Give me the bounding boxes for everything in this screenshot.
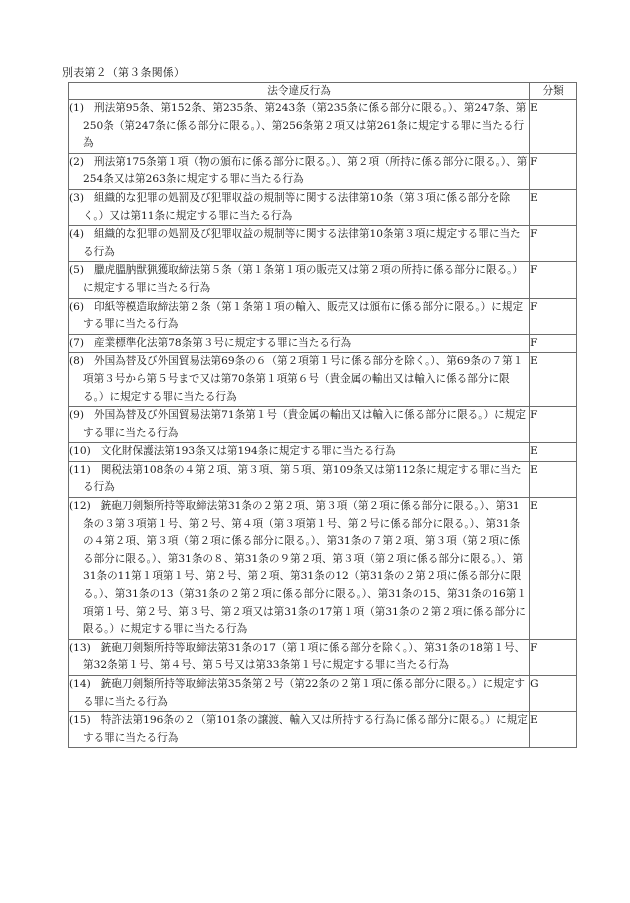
classification-cell: E [530, 712, 577, 748]
act-description: 外国為替及び外国貿易法第69条の６（第２項第１号に係る部分を除く。）、第69条の… [83, 355, 523, 402]
classification-cell: E [530, 461, 577, 497]
classification-cell: F [530, 407, 577, 443]
classification-cell: E [530, 189, 577, 225]
classification-cell: F [530, 334, 577, 353]
act-description: 銃砲刀剣類所持等取締法第31条の２第２項、第３項（第２項に係る部分に限る。）、第… [83, 500, 527, 635]
classification-cell: F [530, 226, 577, 262]
act-description: 銃砲刀剣類所持等取締法第35条第２号（第22条の２第１項に係る部分に限る。）に規… [83, 678, 525, 708]
act-cell: (15)特許法第196条の２（第101条の譲渡、輸入又は所持する行為に係る部分に… [69, 712, 530, 748]
act-text: (1)刑法第95条、第152条、第235条、第243条（第235条に係る部分に限… [69, 100, 529, 153]
row-number: (6) [69, 301, 84, 313]
table-row: (6)印紙等模造取締法第２条（第１条第１項の輸入、販売又は頒布に係る部分に限る。… [69, 298, 577, 334]
act-cell: (7)産業標準化法第78条第３号に規定する罪に当たる行為 [69, 334, 530, 353]
classification-cell: G [530, 676, 577, 712]
row-number: (7) [69, 337, 84, 349]
act-text: (3)組織的な犯罪の処罰及び犯罪収益の規制等に関する法律第10条（第３項に係る部… [69, 190, 529, 225]
page-title: 別表第２（第３条関係） [62, 66, 185, 80]
row-number: (2) [69, 156, 84, 168]
law-violation-table: 法令違反行為 分類 (1)刑法第95条、第152条、第235条、第243条（第2… [68, 82, 577, 748]
act-cell: (6)印紙等模造取締法第２条（第１条第１項の輸入、販売又は頒布に係る部分に限る。… [69, 298, 530, 334]
table-row: (5)臘虎膃肭獣猟獲取締法第５条（第１条第１項の販売又は第２項の所持に係る部分に… [69, 262, 577, 298]
table-row: (15)特許法第196条の２（第101条の譲渡、輸入又は所持する行為に係る部分に… [69, 712, 577, 748]
table-row: (1)刑法第95条、第152条、第235条、第243条（第235条に係る部分に限… [69, 100, 577, 154]
table-row: (10)文化財保護法第193条又は第194条に規定する罪に当たる行為E [69, 443, 577, 462]
act-cell: (8)外国為替及び外国貿易法第69条の６（第２項第１号に係る部分を除く。）、第6… [69, 353, 530, 407]
row-number: (4) [69, 228, 84, 240]
act-description: 銃砲刀剣類所持等取締法第31条の17（第１項に係る部分を除く。）、第31条の18… [83, 642, 525, 672]
row-number: (15) [69, 714, 91, 726]
classification-cell: E [530, 353, 577, 407]
classification-cell: F [530, 639, 577, 675]
act-text: (13)銃砲刀剣類所持等取締法第31条の17（第１項に係る部分を除く。）、第31… [69, 640, 529, 675]
row-number: (14) [69, 678, 91, 690]
act-description: 組織的な犯罪の処罰及び犯罪収益の規制等に関する法律第10条第３項に規定する罪に当… [83, 228, 521, 258]
act-text: (6)印紙等模造取締法第２条（第１条第１項の輸入、販売又は頒布に係る部分に限る。… [69, 299, 529, 334]
act-cell: (1)刑法第95条、第152条、第235条、第243条（第235条に係る部分に限… [69, 100, 530, 154]
act-cell: (4)組織的な犯罪の処罰及び犯罪収益の規制等に関する法律第10条第３項に規定する… [69, 226, 530, 262]
table-row: (12)銃砲刀剣類所持等取締法第31条の２第２項、第３項（第２項に係る部分に限る… [69, 498, 577, 640]
act-description: 印紙等模造取締法第２条（第１条第１項の輸入、販売又は頒布に係る部分に限る。）に規… [83, 301, 523, 331]
act-text: (12)銃砲刀剣類所持等取締法第31条の２第２項、第３項（第２項に係る部分に限る… [69, 498, 529, 639]
table-row: (3)組織的な犯罪の処罰及び犯罪収益の規制等に関する法律第10条（第３項に係る部… [69, 189, 577, 225]
act-cell: (3)組織的な犯罪の処罰及び犯罪収益の規制等に関する法律第10条（第３項に係る部… [69, 189, 530, 225]
act-text: (4)組織的な犯罪の処罰及び犯罪収益の規制等に関する法律第10条第３項に規定する… [69, 226, 529, 261]
row-number: (3) [69, 192, 84, 204]
row-number: (8) [69, 355, 84, 367]
header-classification: 分類 [530, 83, 577, 100]
act-text: (10)文化財保護法第193条又は第194条に規定する罪に当たる行為 [69, 443, 529, 461]
act-text: (7)産業標準化法第78条第３号に規定する罪に当たる行為 [69, 335, 529, 353]
act-description: 産業標準化法第78条第３号に規定する罪に当たる行為 [94, 337, 351, 349]
row-number: (5) [69, 264, 84, 276]
classification-cell: F [530, 262, 577, 298]
act-cell: (9)外国為替及び外国貿易法第71条第１号（貴金属の輸出又は輸入に係る部分に限る… [69, 407, 530, 443]
classification-cell: E [530, 498, 577, 640]
act-description: 刑法第95条、第152条、第235条、第243条（第235条に係る部分に限る。）… [83, 102, 526, 149]
act-description: 文化財保護法第193条又は第194条に規定する罪に当たる行為 [101, 445, 396, 457]
act-description: 臘虎膃肭獣猟獲取締法第５条（第１条第１項の販売又は第２項の所持に係る部分に限る。… [83, 264, 523, 294]
act-cell: (12)銃砲刀剣類所持等取締法第31条の２第２項、第３項（第２項に係る部分に限る… [69, 498, 530, 640]
table-row: (4)組織的な犯罪の処罰及び犯罪収益の規制等に関する法律第10条第３項に規定する… [69, 226, 577, 262]
table-row: (7)産業標準化法第78条第３号に規定する罪に当たる行為F [69, 334, 577, 353]
table-row: (2)刑法第175条第１項（物の頒布に係る部分に限る。）、第２項（所持に係る部分… [69, 153, 577, 189]
classification-cell: E [530, 100, 577, 154]
act-description: 特許法第196条の２（第101条の譲渡、輸入又は所持する行為に係る部分に限る。）… [83, 714, 528, 744]
act-text: (9)外国為替及び外国貿易法第71条第１号（貴金属の輸出又は輸入に係る部分に限る… [69, 407, 529, 442]
row-number: (10) [69, 445, 91, 457]
classification-cell: E [530, 443, 577, 462]
classification-cell: F [530, 153, 577, 189]
act-cell: (2)刑法第175条第１項（物の頒布に係る部分に限る。）、第２項（所持に係る部分… [69, 153, 530, 189]
table-header-row: 法令違反行為 分類 [69, 83, 577, 100]
act-cell: (5)臘虎膃肭獣猟獲取締法第５条（第１条第１項の販売又は第２項の所持に係る部分に… [69, 262, 530, 298]
act-cell: (14)銃砲刀剣類所持等取締法第35条第２号（第22条の２第１項に係る部分に限る… [69, 676, 530, 712]
act-description: 組織的な犯罪の処罰及び犯罪収益の規制等に関する法律第10条（第３項に係る部分を除… [83, 192, 510, 222]
act-description: 関税法第108条の４第２項、第３項、第５項、第109条又は第112条に規定する罪… [83, 464, 522, 494]
table-row: (8)外国為替及び外国貿易法第69条の６（第２項第１号に係る部分を除く。）、第6… [69, 353, 577, 407]
act-text: (14)銃砲刀剣類所持等取締法第35条第２号（第22条の２第１項に係る部分に限る… [69, 676, 529, 711]
act-text: (15)特許法第196条の２（第101条の譲渡、輸入又は所持する行為に係る部分に… [69, 712, 529, 747]
act-text: (11)関税法第108条の４第２項、第３項、第５項、第109条又は第112条に規… [69, 462, 529, 497]
act-description: 外国為替及び外国貿易法第71条第１号（貴金属の輸出又は輸入に係る部分に限る。）に… [83, 409, 526, 439]
act-cell: (11)関税法第108条の４第２項、第３項、第５項、第109条又は第112条に規… [69, 461, 530, 497]
act-cell: (10)文化財保護法第193条又は第194条に規定する罪に当たる行為 [69, 443, 530, 462]
table-row: (9)外国為替及び外国貿易法第71条第１号（貴金属の輸出又は輸入に係る部分に限る… [69, 407, 577, 443]
row-number: (12) [69, 500, 91, 512]
header-act: 法令違反行為 [69, 83, 530, 100]
act-cell: (13)銃砲刀剣類所持等取締法第31条の17（第１項に係る部分を除く。）、第31… [69, 639, 530, 675]
act-text: (2)刑法第175条第１項（物の頒布に係る部分に限る。）、第２項（所持に係る部分… [69, 154, 529, 189]
table-row: (11)関税法第108条の４第２項、第３項、第５項、第109条又は第112条に規… [69, 461, 577, 497]
classification-cell: F [530, 298, 577, 334]
table-row: (14)銃砲刀剣類所持等取締法第35条第２号（第22条の２第１項に係る部分に限る… [69, 676, 577, 712]
act-text: (5)臘虎膃肭獣猟獲取締法第５条（第１条第１項の販売又は第２項の所持に係る部分に… [69, 262, 529, 297]
row-number: (13) [69, 642, 91, 654]
act-text: (8)外国為替及び外国貿易法第69条の６（第２項第１号に係る部分を除く。）、第6… [69, 353, 529, 406]
table-row: (13)銃砲刀剣類所持等取締法第31条の17（第１項に係る部分を除く。）、第31… [69, 639, 577, 675]
row-number: (9) [69, 409, 84, 421]
row-number: (11) [69, 464, 91, 476]
act-description: 刑法第175条第１項（物の頒布に係る部分に限る。）、第２項（所持に係る部分に限る… [83, 156, 527, 186]
row-number: (1) [69, 102, 84, 114]
